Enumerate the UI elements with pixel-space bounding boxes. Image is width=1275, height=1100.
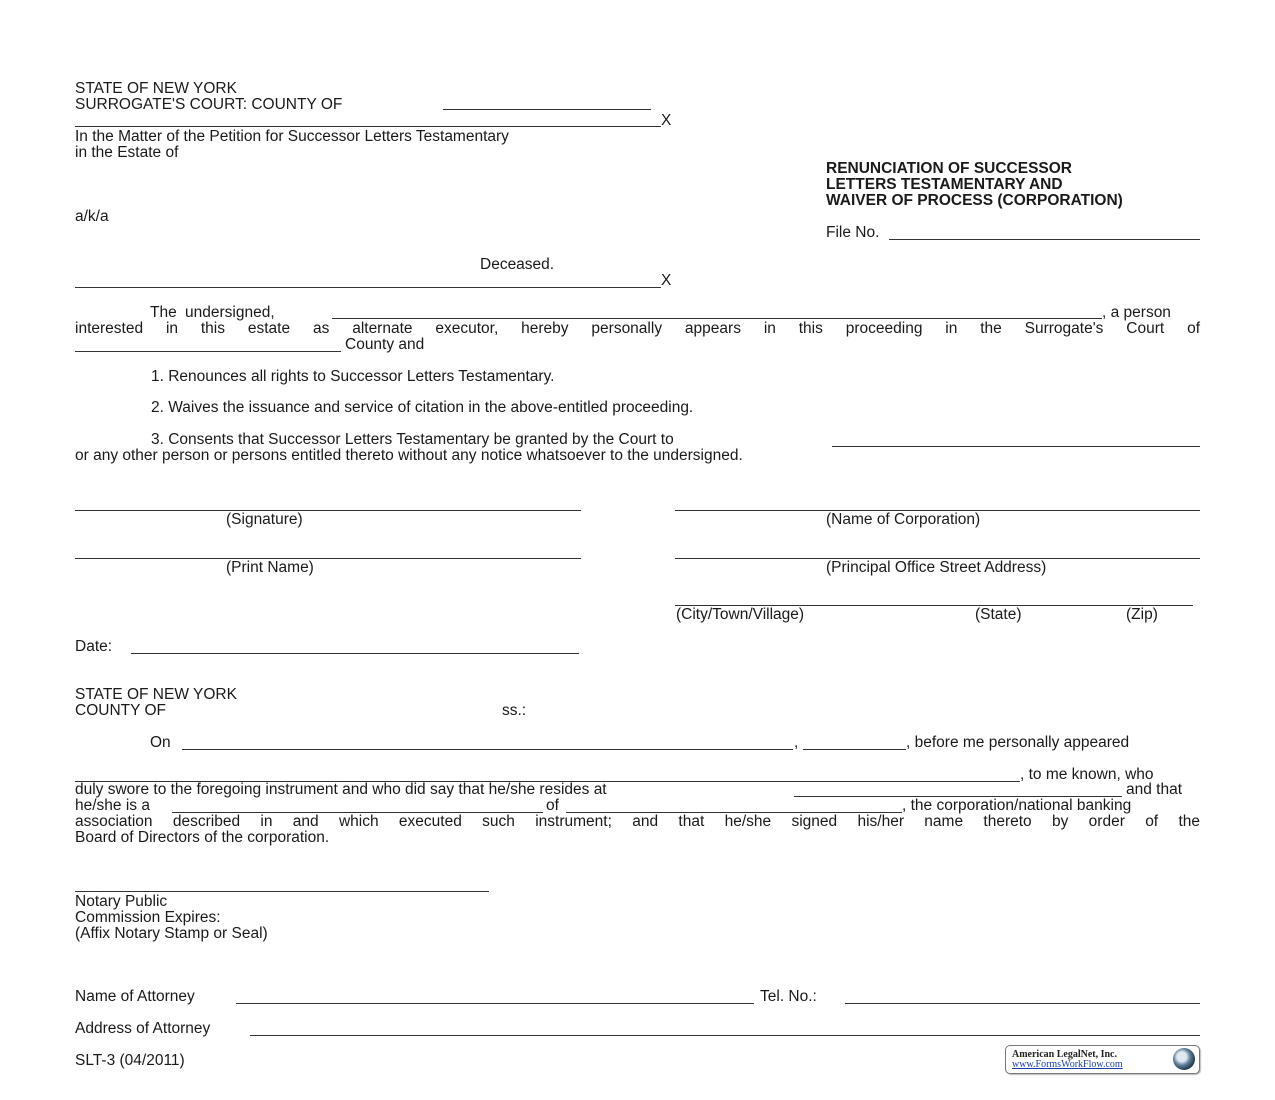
court-label: SURROGATE'S COURT: COUNTY OF xyxy=(75,97,342,113)
item-1: 1. Renounces all rights to Successor Let… xyxy=(151,369,554,385)
street-address-label: (Principal Office Street Address) xyxy=(826,560,1046,576)
tel-label: Tel. No.: xyxy=(760,989,817,1005)
x-mark-top: X xyxy=(661,113,671,129)
on-date-field[interactable] xyxy=(182,749,793,750)
undersigned-label: The undersigned, xyxy=(150,305,275,321)
county-and-text: County and xyxy=(345,337,424,353)
a-person-text: , a person xyxy=(1102,305,1171,321)
attorney-address-field[interactable] xyxy=(250,1035,1200,1036)
notary-signature-field[interactable] xyxy=(75,891,489,892)
year-field[interactable] xyxy=(803,749,906,750)
attorney-address-label: Address of Attorney xyxy=(75,1021,210,1037)
item-3: 3. Consents that Successor Letters Testa… xyxy=(151,432,674,448)
city-label: (City/Town/Village) xyxy=(676,607,804,623)
print-name-field[interactable] xyxy=(75,558,581,559)
notary-public-label: Notary Public xyxy=(75,894,167,910)
state-label: (State) xyxy=(975,607,1022,623)
surrogate-county-field[interactable] xyxy=(75,351,341,352)
form-title-line-3: WAIVER OF PROCESS (CORPORATION) xyxy=(826,193,1123,209)
zip-label: (Zip) xyxy=(1126,607,1158,623)
caption-line-2: in the Estate of xyxy=(75,145,178,161)
signature-label: (Signature) xyxy=(226,512,303,528)
signature-field[interactable] xyxy=(75,510,581,511)
deceased-label: Deceased. xyxy=(480,257,554,273)
on-label: On xyxy=(150,735,171,751)
undersigned-name-field[interactable] xyxy=(332,318,1102,319)
item-2: 2. Waives the issuance and service of ci… xyxy=(151,400,693,416)
american-legalnet-logo[interactable]: American LegalNet, Inc. www.FormsWorkFlo… xyxy=(1005,1045,1200,1074)
ss-label: ss.: xyxy=(502,703,526,719)
comma-sep: , xyxy=(794,735,798,751)
attorney-name-field[interactable] xyxy=(236,1003,754,1004)
grantee-field[interactable] xyxy=(832,446,1200,447)
item-3-line-2: or any other person or persons entitled … xyxy=(75,448,743,464)
file-no-field[interactable] xyxy=(889,239,1200,240)
caption-line-1: In the Matter of the Petition for Succes… xyxy=(75,129,509,145)
form-id: SLT-3 (04/2011) xyxy=(75,1053,185,1069)
tel-field[interactable] xyxy=(845,1003,1200,1004)
corporation-banking-text: , the corporation/national banking xyxy=(902,798,1131,814)
logo-website-link[interactable]: www.FormsWorkFlow.com xyxy=(1012,1059,1123,1070)
date-field[interactable] xyxy=(131,653,579,654)
caption-divider-bottom xyxy=(75,287,661,288)
commission-expires-label: Commission Expires: xyxy=(75,910,221,926)
he-she-is-a-text: he/she is a xyxy=(75,798,150,814)
of-text: of xyxy=(546,798,559,814)
notary-line-4: association described in and which execu… xyxy=(75,814,1200,830)
date-label: Date: xyxy=(75,639,112,655)
affix-seal-label: (Affix Notary Stamp or Seal) xyxy=(75,926,268,942)
paragraph-1-line-2: interested in this estate as alternate e… xyxy=(75,321,1200,337)
notary-county: COUNTY OF xyxy=(75,703,166,719)
corporation-name-label: (Name of Corporation) xyxy=(826,512,980,528)
notary-state: STATE OF NEW YORK xyxy=(75,687,237,703)
form-title-line-1: RENUNCIATION OF SUCCESSOR xyxy=(826,161,1072,177)
state-heading: STATE OF NEW YORK xyxy=(75,81,237,97)
globe-icon xyxy=(1173,1048,1195,1070)
and-that-text: and that xyxy=(1126,782,1182,798)
attorney-name-label: Name of Attorney xyxy=(75,989,195,1005)
file-no-label: File No. xyxy=(826,225,879,241)
caption-divider-top xyxy=(75,126,661,127)
print-name-label: (Print Name) xyxy=(226,560,314,576)
form-title-line-2: LETTERS TESTAMENTARY AND xyxy=(826,177,1063,193)
notary-line-5: Board of Directors of the corporation. xyxy=(75,830,329,846)
county-field[interactable] xyxy=(443,109,651,110)
x-mark-bottom: X xyxy=(661,273,671,289)
before-me-text: , before me personally appeared xyxy=(906,735,1129,751)
aka-label: a/k/a xyxy=(75,209,109,225)
resides-at-text: duly swore to the foregoing instrument a… xyxy=(75,782,607,798)
